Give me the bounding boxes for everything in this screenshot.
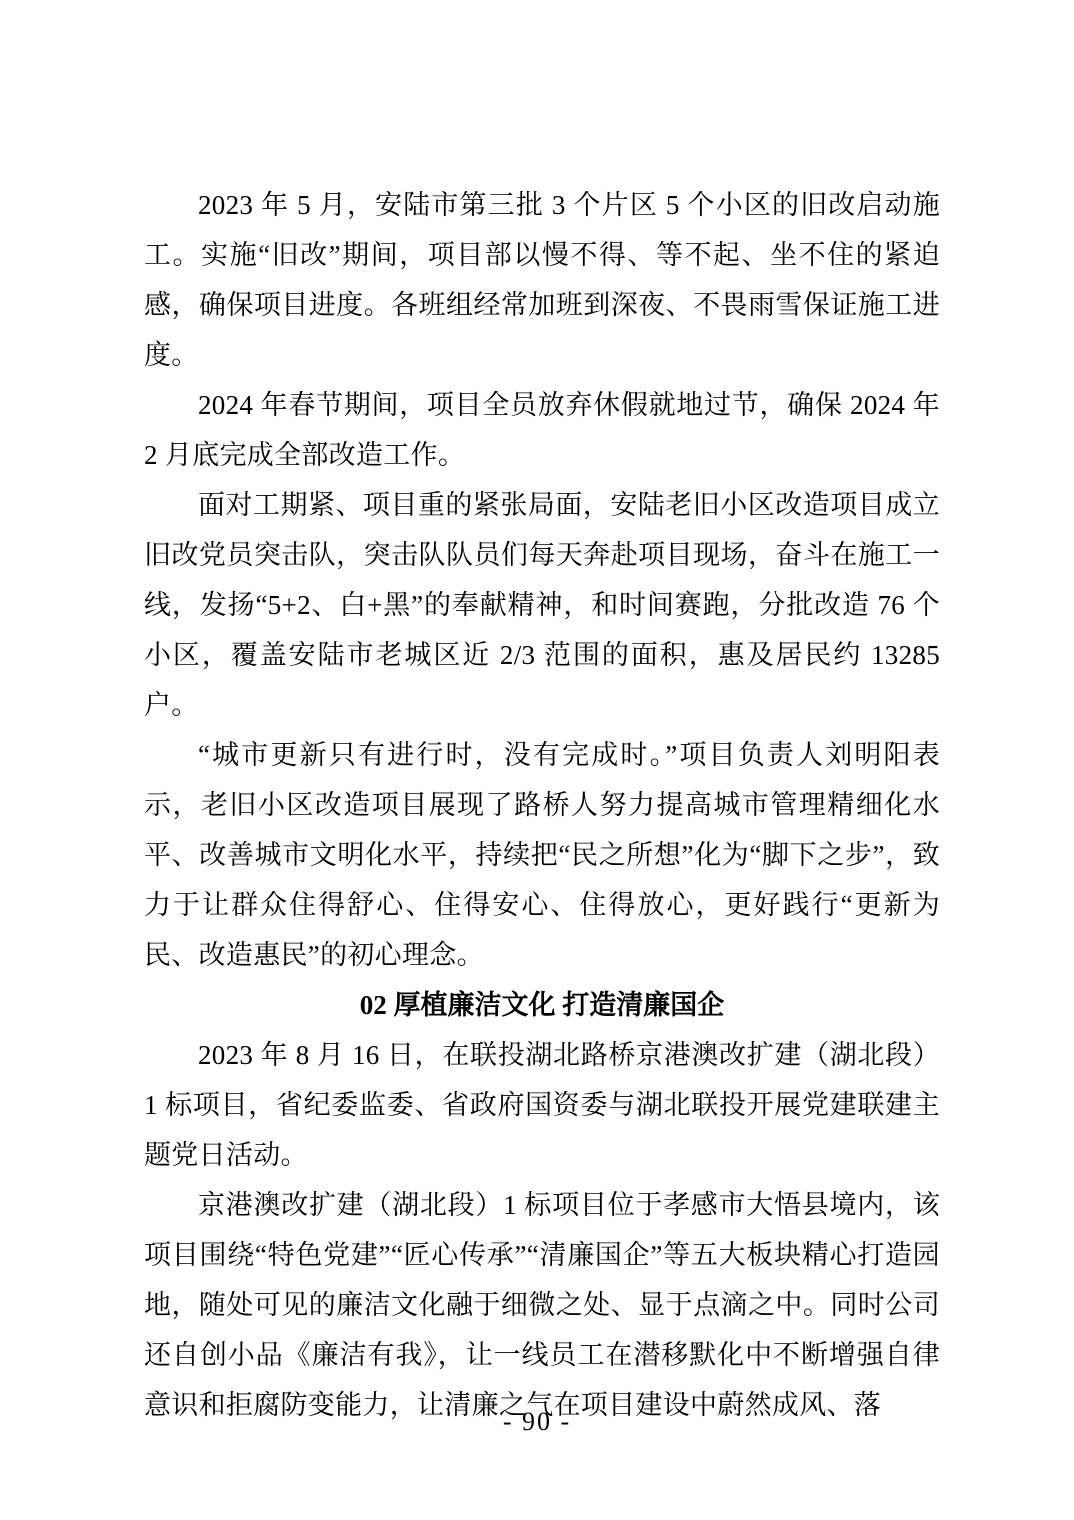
paragraph-6: 京港澳改扩建（湖北段）1 标项目位于孝感市大悟县境内，该项目围绕“特色党建”“匠… [144,1180,940,1430]
paragraph-3: 面对工期紧、项目重的紧张局面，安陆老旧小区改造项目成立旧改党员突击队，突击队队员… [144,480,940,730]
page-number: - 90 - [0,1400,1074,1444]
paragraph-4: “城市更新只有进行时，没有完成时。”项目负责人刘明阳表示，老旧小区改造项目展现了… [144,730,940,980]
document-body: 2023 年 5 月，安陆市第三批 3 个片区 5 个小区的旧改启动施工。实施“… [144,180,940,1430]
paragraph-2: 2024 年春节期间，项目全员放弃休假就地过节，确保 2024 年 2 月底完成… [144,380,940,480]
section-heading: 02 厚植廉洁文化 打造清廉国企 [144,980,940,1030]
paragraph-1: 2023 年 5 月，安陆市第三批 3 个片区 5 个小区的旧改启动施工。实施“… [144,180,940,380]
document-page: 2023 年 5 月，安陆市第三批 3 个片区 5 个小区的旧改启动施工。实施“… [0,0,1074,1520]
paragraph-5: 2023 年 8 月 16 日，在联投湖北路桥京港澳改扩建（湖北段）1 标项目，… [144,1030,940,1180]
